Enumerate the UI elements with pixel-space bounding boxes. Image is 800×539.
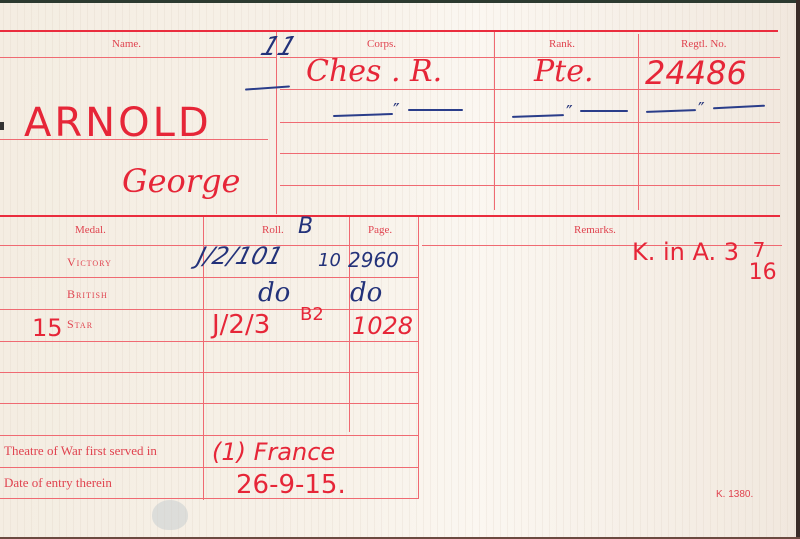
medal-label-star: Star: [67, 317, 93, 332]
remarks-frac-bottom: 16: [749, 260, 777, 285]
medal-label-british: British: [67, 287, 108, 302]
header-regt-no: Regtl. No.: [681, 38, 727, 50]
rule-date: [0, 498, 418, 499]
divider-corps-rank: [494, 32, 495, 210]
ditto-mark-corps: ″: [393, 100, 400, 121]
forename: George: [122, 162, 240, 200]
rule-star: [0, 341, 418, 342]
rule-blank1: [0, 372, 418, 373]
corps-value: Ches . R.: [306, 54, 442, 89]
star-roll-suffix: B2: [300, 304, 324, 325]
date-value: 26-9-15.: [236, 470, 346, 500]
british-page: do: [350, 278, 382, 308]
ditto-mark-regt: ″: [698, 99, 705, 120]
medal-index-card: Name. Corps. Rank. Regtl. No. 11 Ches . …: [0, 2, 796, 537]
right-edge: [796, 0, 800, 539]
rule-mid: [0, 215, 780, 217]
rule-right-sub3: [280, 122, 780, 123]
ditto-line-rank-a: [512, 114, 564, 118]
header-corps: Corps.: [367, 38, 396, 50]
header-page: Page.: [368, 224, 392, 236]
victory-page: 2960: [348, 248, 399, 272]
victory-roll-suffix: B: [298, 214, 313, 239]
theatre-value: (1) France: [212, 438, 335, 466]
ditto-line-rank-b: [580, 110, 628, 112]
remarks-value: K. in A. 3 7 16: [632, 238, 773, 266]
ditto-line-corps-b: [408, 109, 463, 111]
form-number: K. 1380.: [716, 489, 753, 500]
star-page: 1028: [352, 312, 413, 340]
ditto-mark-rank: ″: [566, 102, 573, 123]
divider-page-remarks: [418, 217, 419, 499]
rule-blank2: [0, 403, 418, 404]
rule-right-sub5: [280, 185, 780, 186]
ink-smudge: [152, 500, 188, 530]
remarks-main: K. in A. 3: [632, 238, 739, 266]
header-remarks: Remarks.: [574, 224, 616, 236]
star-prefix: 15: [32, 314, 63, 342]
rule-top: [0, 30, 778, 32]
ditto-line-corps-a: [333, 113, 393, 117]
theatre-label: Theatre of War first served in: [4, 443, 157, 459]
header-name: Name.: [112, 38, 141, 50]
header-roll: Roll.: [262, 224, 284, 236]
medal-label-victory: Victory: [67, 255, 112, 270]
victory-roll: J/2/101: [194, 242, 286, 270]
ditto-line-regt-b: [713, 105, 765, 110]
top-edge: [0, 0, 800, 3]
rule-name-sub: [0, 57, 276, 58]
rule-british: [0, 309, 418, 310]
rule-blank3: [0, 435, 418, 436]
surname: ARNOLD: [24, 100, 212, 146]
regt-no-value: 24486: [645, 54, 747, 92]
remarks-frac-top: 7: [753, 238, 766, 262]
date-label: Date of entry therein: [4, 475, 112, 491]
header-rank: Rank.: [549, 38, 575, 50]
header-medal: Medal.: [75, 224, 106, 236]
star-roll: J/2/3: [212, 310, 270, 340]
margin-mark: [0, 122, 4, 130]
british-roll: do: [258, 278, 290, 308]
rank-value: Pte.: [534, 54, 594, 89]
victory-roll-page-prefix: 10: [318, 250, 341, 271]
rule-theatre: [0, 467, 418, 468]
ditto-line-regt-a: [646, 109, 696, 113]
rule-right-sub4: [280, 153, 780, 154]
